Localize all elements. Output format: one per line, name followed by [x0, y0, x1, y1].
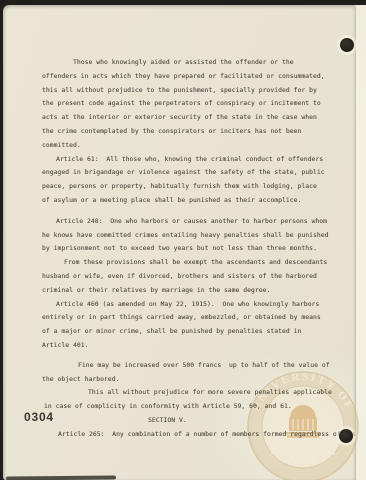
- hole-punch-top: [340, 38, 354, 52]
- document-line: the object harbored.: [0, 373, 366, 387]
- document-line: This all without prejudice for more seve…: [0, 386, 366, 400]
- section-heading: SECTION V.: [0, 414, 366, 428]
- page-bottom-shadow: [6, 475, 116, 480]
- document-line: by imprisonment not to exceed two years …: [0, 242, 366, 256]
- document-line: criminal or their relatives by marriage …: [0, 284, 366, 298]
- document-line: Article 460 (as amended on May 22, 1915)…: [0, 298, 366, 312]
- document-line: peace, persons or property, habitually f…: [0, 180, 366, 194]
- document-line: the crime contemplated by the conspirato…: [0, 125, 366, 139]
- document-line: acts at the interior or exterior securit…: [0, 111, 366, 125]
- document-line: Article 401.: [0, 339, 366, 353]
- document-line: committed.: [0, 139, 366, 153]
- document-line: engaged in brigandage or violence agains…: [0, 166, 366, 180]
- scanned-document-page: UNIVERSITY OF VIRGINIA Those who knowing…: [0, 0, 366, 480]
- document-line: the present code against the perpetrator…: [0, 97, 366, 111]
- document-line: Article 61: All those who, knowing the c…: [0, 153, 366, 167]
- document-line: entirely or in part things carried away,…: [0, 311, 366, 325]
- document-line: in case of complicity in conformity with…: [0, 400, 366, 414]
- document-line: of a major or minor crime, shall be puni…: [0, 325, 366, 339]
- document-text: Those who knowingly aided or assisted th…: [0, 56, 366, 442]
- document-line: he knows have committed crimes entailing…: [0, 229, 366, 243]
- hole-punch-bottom: [339, 429, 353, 443]
- document-line: husband or wife, even if divorced, broth…: [0, 270, 366, 284]
- document-line: Fine may be increased over 500 francs up…: [0, 359, 366, 373]
- document-line: Article 265: Any combination of a number…: [0, 428, 366, 442]
- document-line: of asylum or a meeting place shall be pu…: [0, 194, 366, 208]
- document-line: this all without prejudice to the punish…: [0, 84, 366, 98]
- document-line: Article 248: One who harbors or causes a…: [0, 215, 366, 229]
- document-line: offenders in acts which they have prepar…: [0, 70, 366, 84]
- page-number-stamp: 0304: [24, 410, 54, 423]
- document-line: From these provisions shall be exempt th…: [0, 256, 366, 270]
- document-line: Those who knowingly aided or assisted th…: [0, 56, 366, 70]
